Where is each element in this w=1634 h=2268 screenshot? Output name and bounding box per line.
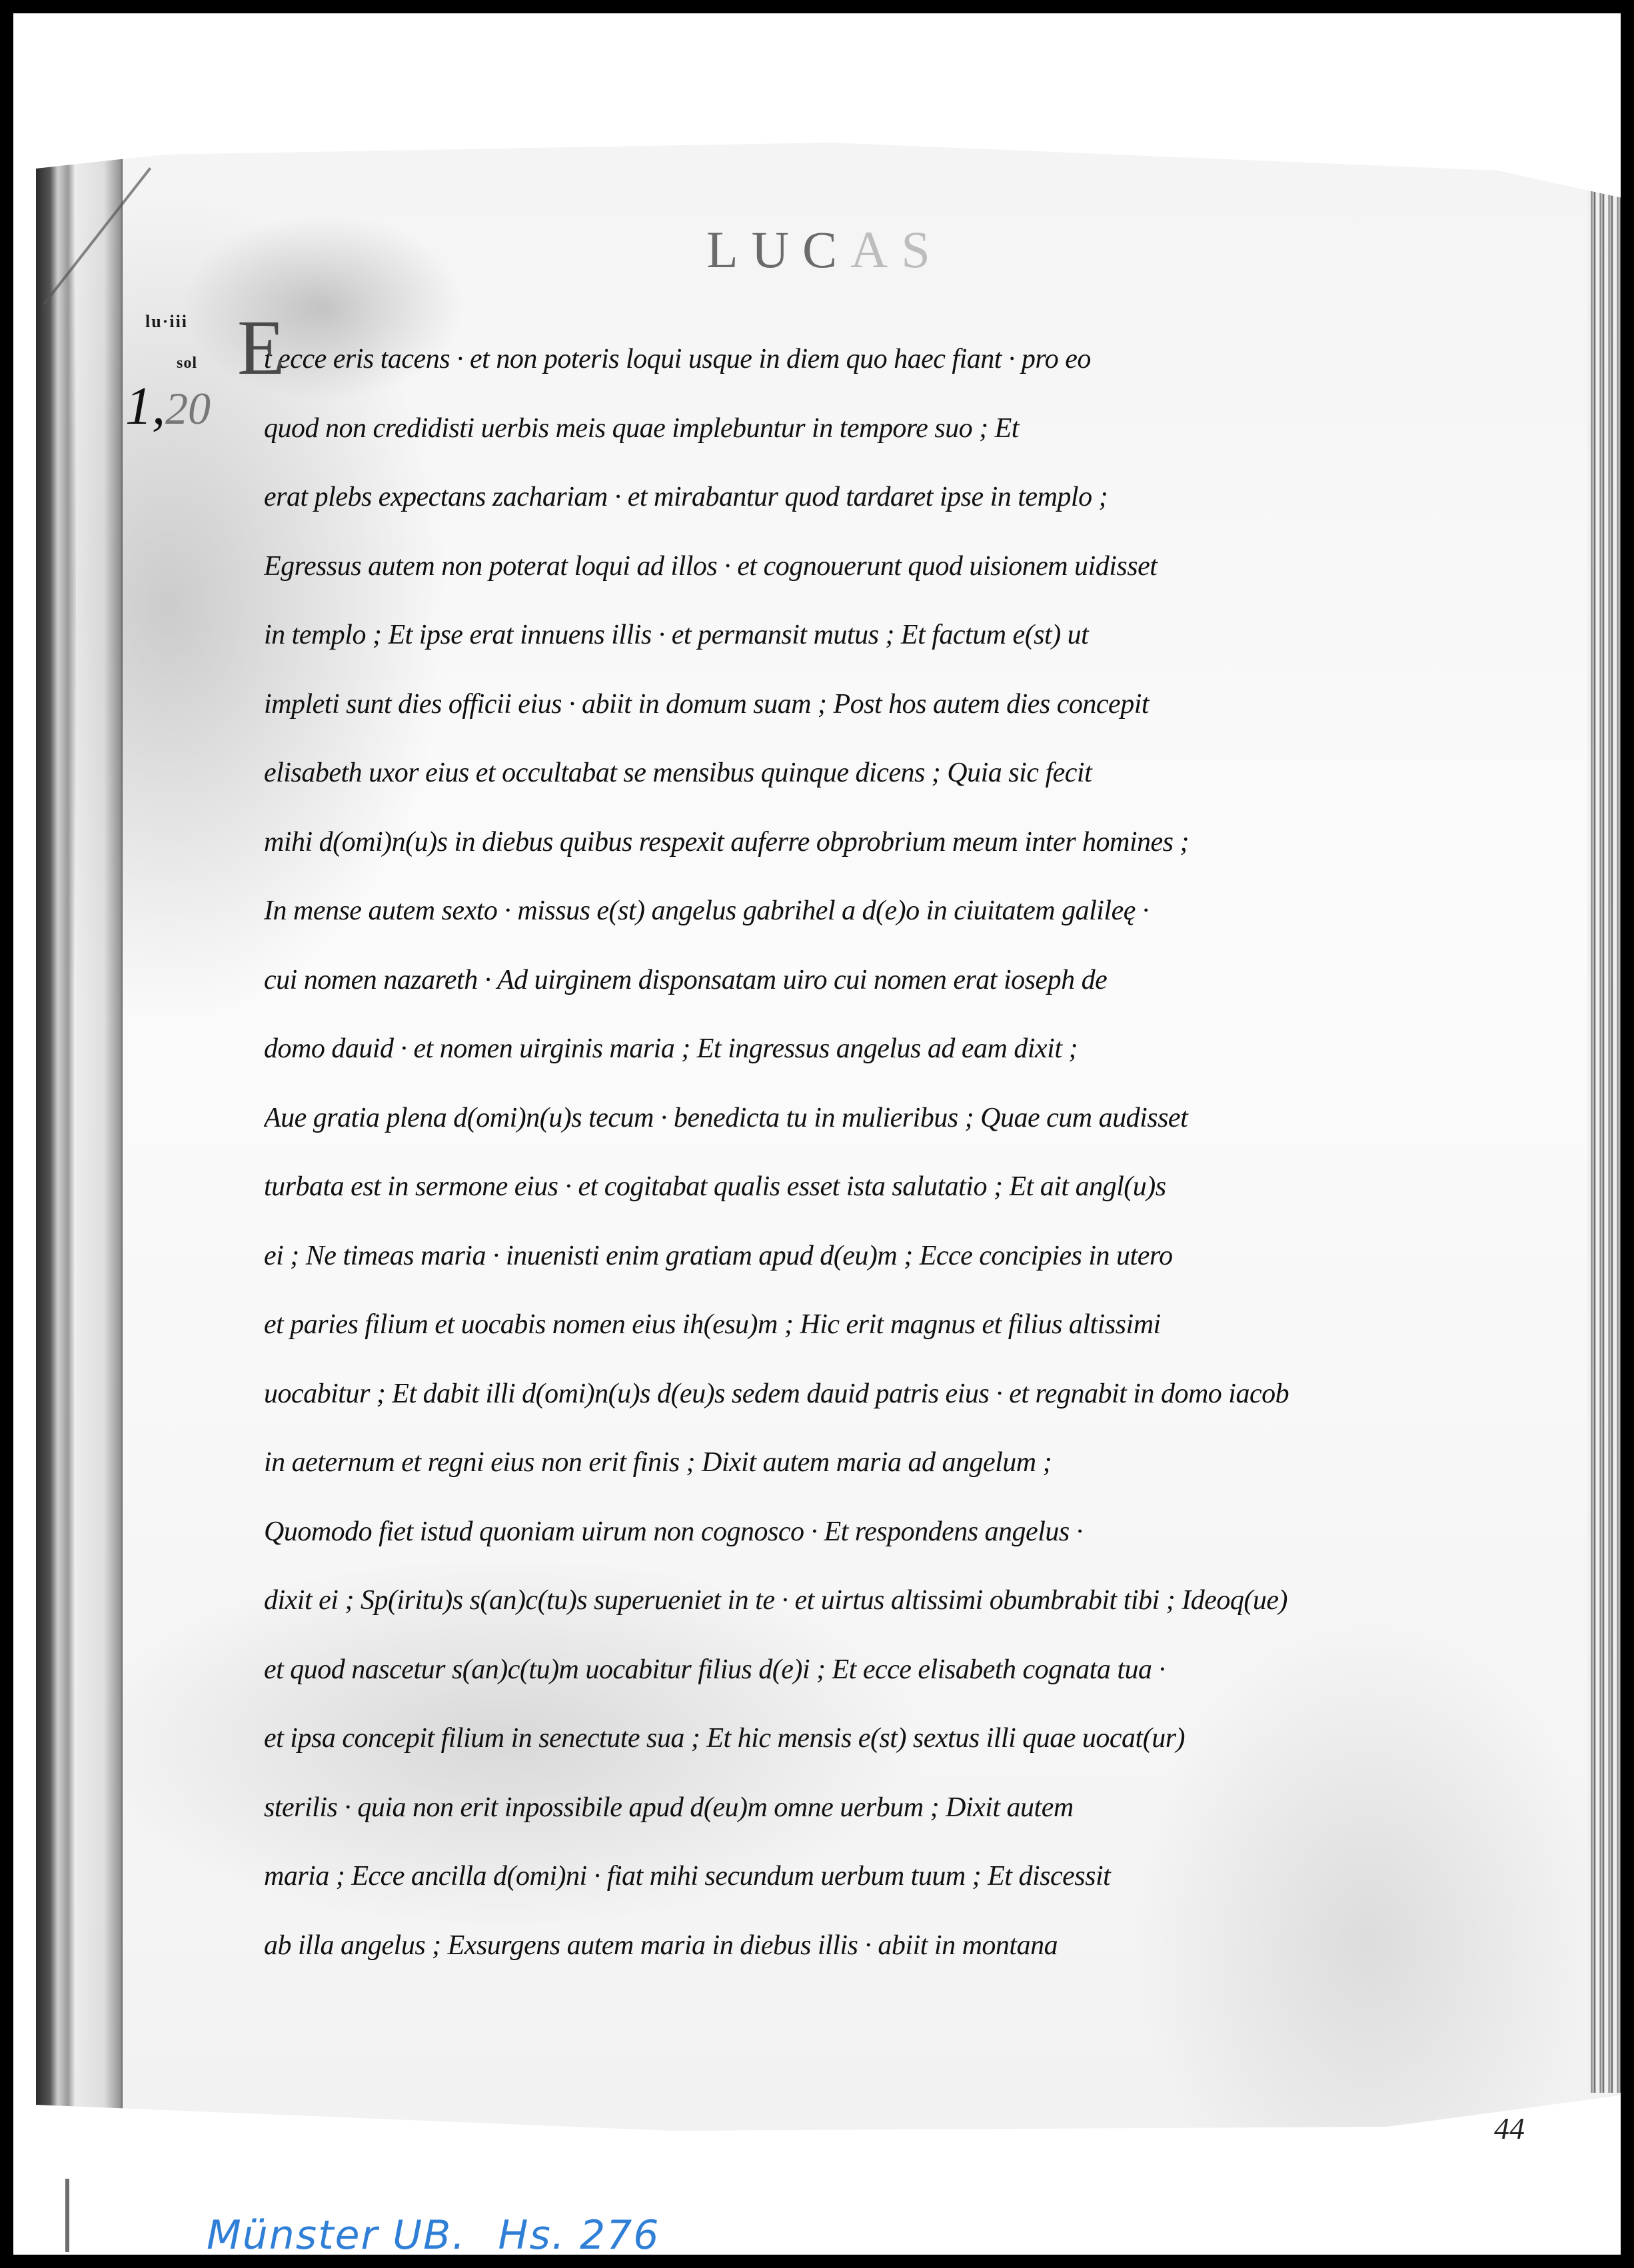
photograph-sheet: LUCAS lu·iii sol 1,20 E t ecce eris tace…: [13, 13, 1621, 2255]
decorated-initial: E: [237, 308, 285, 387]
chapter-number: 1,: [125, 377, 165, 436]
text-line: in aeternum et regni eius non erit finis…: [264, 1428, 1343, 1498]
text-line: et ipsa concepit filium in senectute sua…: [264, 1704, 1343, 1774]
marginal-sol-reference: sol: [177, 354, 197, 372]
marginal-chapter-reference: 1,20: [125, 376, 211, 437]
library-place: Münster UB.: [207, 2212, 466, 2255]
page-stack-edges: [1587, 181, 1621, 2093]
text-line: Quomodo fiet istud quoniam uirum non cog…: [264, 1498, 1343, 1567]
text-line: in templo ; Et ipse erat innuens illis ·…: [264, 601, 1343, 670]
text-line: Aue gratia plena d(omi)n(u)s tecum · ben…: [264, 1084, 1343, 1153]
text-line: Egressus autem non poterat loqui ad illo…: [264, 532, 1343, 602]
text-line: mihi d(omi)n(u)s in diebus quibus respex…: [264, 808, 1343, 877]
text-line: ei ; Ne timeas maria · inuenisti enim gr…: [264, 1222, 1343, 1291]
text-line: cui nomen nazareth · Ad uirginem dispons…: [264, 946, 1343, 1015]
text-line: domo dauid · et nomen uirginis maria ; E…: [264, 1015, 1343, 1084]
text-line: ab illa angelus ; Exsurgens autem maria …: [264, 1912, 1343, 1981]
marginal-lection-reference: lu·iii: [145, 312, 188, 332]
text-line: turbata est in sermone eius · et cogitab…: [264, 1153, 1343, 1222]
text-line: In mense autem sexto · missus e(st) ange…: [264, 877, 1343, 946]
verse-number: 20: [165, 383, 211, 434]
manuscript-text-block: E t ecce eris tacens · et non poteris lo…: [264, 325, 1343, 1980]
library-shelfmark-label: Münster UB.Hs. 276: [207, 2212, 660, 2255]
text-line: t ecce eris tacens · et non poteris loqu…: [264, 325, 1343, 394]
running-head-visible: LUC: [706, 221, 850, 279]
text-line: quod non credidisti uerbis meis quae imp…: [264, 394, 1343, 464]
text-line: dixit ei ; Sp(iritu)s s(an)c(tu)s superu…: [264, 1566, 1343, 1636]
shelfmark: Hs. 276: [498, 2212, 660, 2255]
text-line: impleti sunt dies officii eius · abiit i…: [264, 670, 1343, 740]
folio-number: 44: [1494, 2111, 1525, 2146]
text-line: elisabeth uxor eius et occultabat se men…: [264, 739, 1343, 808]
running-head: LUCAS: [706, 220, 944, 280]
text-line: et paries filium et uocabis nomen eius i…: [264, 1291, 1343, 1360]
text-line: sterilis · quia non erit inpossibile apu…: [264, 1774, 1343, 1843]
margin-tick-mark: [65, 2179, 69, 2252]
text-line: uocabitur ; Et dabit illi d(omi)n(u)s d(…: [264, 1360, 1343, 1429]
text-line: et quod nascetur s(an)c(tu)m uocabitur f…: [264, 1636, 1343, 1705]
text-line: maria ; Ecce ancilla d(omi)ni · fiat mih…: [264, 1842, 1343, 1912]
gutter-fold: [76, 141, 123, 2133]
text-line: erat plebs expectans zachariam · et mira…: [264, 463, 1343, 532]
gutter-shadow: [36, 141, 76, 2133]
running-head-faded: AS: [850, 221, 944, 279]
